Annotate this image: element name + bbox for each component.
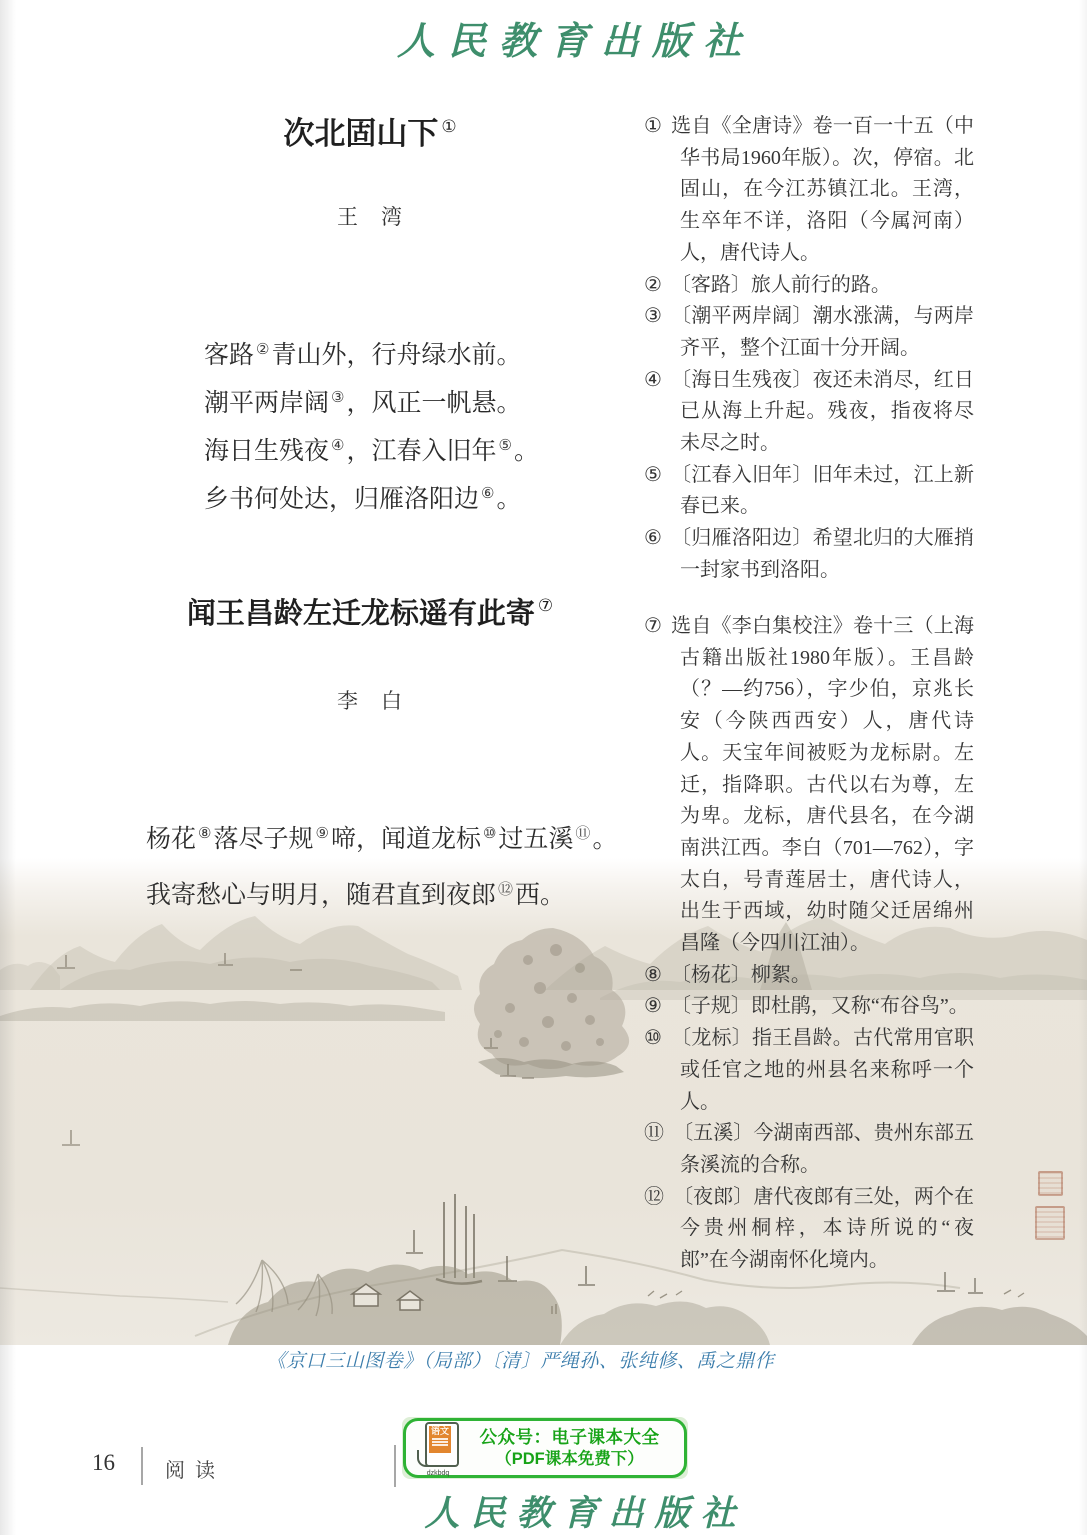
footnote-number: ② <box>644 274 662 296</box>
poem1-body: 客路②青山外，行舟绿水前。 潮平两岸阔③，风正一帆悬。 海日生残夜④，江春入旧年… <box>204 329 539 521</box>
verse-text: 杨花 <box>146 826 196 853</box>
footnote-ref: ⑫ <box>498 882 513 898</box>
footnote-ref: ② <box>256 342 269 358</box>
footnote-text: 〔夜郎〕唐代夜郎有三处，两个在今贵州桐梓，本诗所说的“夜郎”在今湖南怀化境内。 <box>673 1186 974 1271</box>
tablet-book-icon: 语文 dzkbdq <box>415 1422 461 1474</box>
book-cover-title: 语文 <box>431 1426 449 1436</box>
footnote: ④〔海日生残夜〕夜还未消尽，红日已从海上升起。残夜，指夜将尽未尽之时。 <box>644 365 974 460</box>
footnote: ⑪〔五溪〕今湖南西部、贵州东部五条溪流的合称。 <box>644 1118 974 1181</box>
verse-text: 。 <box>514 438 539 465</box>
section-label: 阅读 <box>165 1454 225 1483</box>
poem1-author: 王 湾 <box>145 201 595 231</box>
footnote-text: 〔杨花〕柳絮。 <box>671 964 811 986</box>
footnote: ③〔潮平两岸阔〕潮水涨满，与两岸齐平，整个江面十分开阔。 <box>644 301 974 364</box>
footnote-number: ⑥ <box>644 527 662 549</box>
footnote-number: ① <box>644 115 662 137</box>
footnote-text: 选自《李白集校注》卷十三（上海古籍出版社1980年版）。王昌龄（？—约756），… <box>671 615 974 954</box>
footnote: ⑩〔龙标〕指王昌龄。古代常用官职或任官之地的州县名来称呼一个人。 <box>644 1023 974 1118</box>
footnote: ②〔客路〕旅人前行的路。 <box>644 270 974 302</box>
footnote-text: 〔五溪〕今湖南西部、贵州东部五条溪流的合称。 <box>673 1122 974 1176</box>
footnote-number: ⑦ <box>644 615 662 637</box>
footnote: ⑧〔杨花〕柳絮。 <box>644 960 974 992</box>
footnote-ref: ⑥ <box>481 486 494 502</box>
footnote-ref: ⑨ <box>315 826 328 842</box>
icon-code-label: dzkbdq <box>415 1470 461 1477</box>
footnote: ⑦选自《李白集校注》卷十三（上海古籍出版社1980年版）。王昌龄（？—约756）… <box>644 611 974 960</box>
verse-text: 过五溪 <box>498 826 573 853</box>
poem1-title-text: 次北固山下 <box>283 116 438 151</box>
publisher-logo-top: 人民教育出版社 <box>0 10 1087 65</box>
qr-promo-badge: 语文 dzkbdq 公众号：电子课本大全 （PDF课本免费下） <box>402 1417 688 1479</box>
footnote: ⑥〔归雁洛阳边〕希望北归的大雁捎一封家书到洛阳。 <box>644 523 974 586</box>
publisher-logo-bottom: 人民教育出版社 <box>0 1486 1087 1535</box>
verse-text: 青山外，行舟绿水前。 <box>271 342 521 369</box>
poem2-title-text: 闻王昌龄左迁龙标遥有此寄 <box>187 598 535 630</box>
footnote-ref: ⑤ <box>498 438 511 454</box>
book-cover: 语文 <box>429 1426 451 1453</box>
footnote-number: ⑫ <box>644 1186 664 1208</box>
footnote-number: ⑤ <box>644 464 662 486</box>
painting-caption: 《京口三山图卷》（局部）〔清〕严绳孙、张纯修、禹之鼎作 <box>0 1346 1087 1373</box>
footer-divider <box>394 1445 396 1487</box>
footnotes-group-1: ①选自《全唐诗》卷一百一十五（中华书局1960年版）。次，停宿。北固山，在今江苏… <box>644 111 974 587</box>
footnote-ref: ① <box>441 117 456 136</box>
footnote-number: ⑩ <box>644 1027 662 1049</box>
footnote-text: 〔子规〕即杜鹃，又称“布谷鸟”。 <box>671 995 969 1017</box>
footnote: ⑨〔子规〕即杜鹃，又称“布谷鸟”。 <box>644 991 974 1023</box>
footnote-ref: ⑪ <box>575 826 590 842</box>
verse-text: ，风正一帆悬。 <box>346 390 521 417</box>
footnote-ref: ④ <box>331 438 344 454</box>
poem2-author: 李 白 <box>125 685 615 715</box>
footnote-text: 〔客路〕旅人前行的路。 <box>671 274 891 296</box>
poem-line: 我寄愁心与明月，随君直到夜郎⑫西。 <box>146 865 617 921</box>
footnote-number: ④ <box>644 369 662 391</box>
footnotes-group-2: ⑦选自《李白集校注》卷十三（上海古籍出版社1980年版）。王昌龄（？—约756）… <box>644 611 974 1277</box>
poem-line: 杨花⑧落尽子规⑨啼，闻道龙标⑩过五溪⑪。 <box>146 809 617 865</box>
poem-line: 乡书何处达，归雁洛阳边⑥。 <box>204 473 539 521</box>
verse-text: 西。 <box>515 882 565 909</box>
verse-text: 啼，闻道龙标 <box>331 826 481 853</box>
qr-promo-text: 公众号：电子课本大全 （PDF课本免费下） <box>461 1427 684 1470</box>
verse-text: 。 <box>592 826 617 853</box>
footnote-number: ③ <box>644 305 662 327</box>
footer-divider <box>141 1447 143 1485</box>
footnote: ①选自《全唐诗》卷一百一十五（中华书局1960年版）。次，停宿。北固山，在今江苏… <box>644 111 974 270</box>
qr-promo-line1: 公众号：电子课本大全 <box>461 1427 678 1449</box>
footnote-ref: ③ <box>331 390 344 406</box>
scan-edge-shadow-right <box>1079 0 1087 1535</box>
qr-promo-badge-frame: 语文 dzkbdq 公众号：电子课本大全 （PDF课本免费下） <box>403 1418 687 1478</box>
footnote-text: 选自《全唐诗》卷一百一十五（中华书局1960年版）。次，停宿。北固山，在今江苏镇… <box>671 115 974 264</box>
poem1-title: 次北固山下① <box>145 108 595 153</box>
verse-text: 我寄愁心与明月，随君直到夜郎 <box>146 882 496 909</box>
footnote-number: ⑨ <box>644 995 662 1017</box>
hand-icon <box>417 1450 432 1467</box>
qr-promo-line2: （PDF课本免费下） <box>461 1449 678 1470</box>
verse-text: 落尽子规 <box>213 826 313 853</box>
poem-line: 潮平两岸阔③，风正一帆悬。 <box>204 377 539 425</box>
footnote-number: ⑪ <box>644 1122 664 1144</box>
verse-text: 。 <box>496 486 521 513</box>
scan-edge-shadow-left <box>0 0 16 1535</box>
poem2-title: 闻王昌龄左迁龙标遥有此寄⑦ <box>125 591 615 632</box>
footnote-ref: ⑦ <box>538 596 553 615</box>
footnote: ⑤〔江春入旧年〕旧年未过，江上新春已来。 <box>644 460 974 523</box>
poem-line: 客路②青山外，行舟绿水前。 <box>204 329 539 377</box>
textbook-page: 人民教育出版社 <box>0 0 1087 1535</box>
verse-text: 潮平两岸阔 <box>204 390 329 417</box>
poem2-body: 杨花⑧落尽子规⑨啼，闻道龙标⑩过五溪⑪。 我寄愁心与明月，随君直到夜郎⑫西。 <box>146 809 617 921</box>
footnote-text: 〔龙标〕指王昌龄。古代常用官职或任官之地的州县名来称呼一个人。 <box>671 1027 974 1112</box>
page-number: 16 <box>92 1450 115 1476</box>
footnote-text: 〔归雁洛阳边〕希望北归的大雁捎一封家书到洛阳。 <box>671 527 974 581</box>
seal-stamp <box>1035 1206 1065 1240</box>
verse-text: 乡书何处达，归雁洛阳边 <box>204 486 479 513</box>
footnote-number: ⑧ <box>644 964 662 986</box>
footnote-ref: ⑩ <box>483 826 496 842</box>
seal-stamp <box>1038 1171 1063 1196</box>
verse-text: ，江春入旧年 <box>346 438 496 465</box>
verse-text: 海日生残夜 <box>204 438 329 465</box>
poem-line: 海日生残夜④，江春入旧年⑤。 <box>204 425 539 473</box>
footnote-ref: ⑧ <box>198 826 211 842</box>
footnote: ⑫〔夜郎〕唐代夜郎有三处，两个在今贵州桐梓，本诗所说的“夜郎”在今湖南怀化境内。 <box>644 1182 974 1277</box>
footnote-text: 〔海日生残夜〕夜还未消尽，红日已从海上升起。残夜，指夜将尽未尽之时。 <box>671 369 974 454</box>
footnote-text: 〔潮平两岸阔〕潮水涨满，与两岸齐平，整个江面十分开阔。 <box>671 305 974 359</box>
footnote-text: 〔江春入旧年〕旧年未过，江上新春已来。 <box>671 464 974 518</box>
verse-text: 客路 <box>204 342 254 369</box>
